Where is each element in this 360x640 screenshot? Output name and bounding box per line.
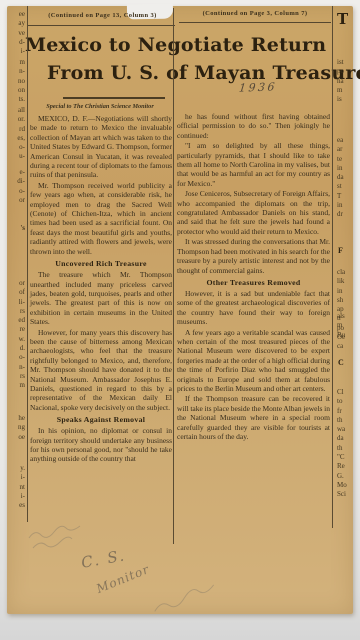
edge-fragment-block: or of li- rs ed re w. d. o- n- rs m	[9, 279, 25, 391]
edge-fragment-block: als m Ru	[337, 312, 352, 340]
subhead-fragment-f: F	[338, 246, 343, 255]
article-paragraph: In his opinion, no diplomat or consul in…	[30, 426, 172, 464]
edge-fragment-block: m n- no on ts.	[9, 58, 25, 104]
section-subhead: Uncovered Rich Treasure	[30, 259, 172, 268]
column-rule	[173, 8, 174, 544]
headline-rule	[63, 97, 165, 99]
handwritten-year: 1936	[238, 80, 277, 94]
continued-left-label: (Continued on Page 13, Column 3)	[30, 12, 175, 19]
article-column-right: he has found without first having obtain…	[177, 112, 330, 442]
right-headline-fragment: T	[337, 10, 348, 28]
article-paragraph: It was stressed during the conversations…	[177, 237, 330, 275]
edge-fragment-block: ee ay ve d- i-	[9, 10, 25, 56]
edge-fragment-block: Cl to fr th wa da th "C Re G. Mo Sci	[337, 388, 352, 500]
mount-card: (Continued on Page 13, Column 3) (Contin…	[0, 0, 360, 640]
article-paragraph: However, it is a sad but undeniable fact…	[177, 289, 330, 327]
pencil-scrawl	[25, 524, 105, 554]
edge-fragment-block: ea ar te in da st T in dr	[337, 136, 352, 220]
pencil-scrawl	[147, 580, 237, 612]
article-paragraph: If the Thompson treasure can be recovere…	[177, 394, 330, 441]
section-subhead: Other Treasures Removed	[177, 278, 330, 287]
edge-fragment-block: all or. rd es, o- u-	[9, 106, 25, 162]
byline: Special to The Christian Science Monitor	[27, 103, 173, 110]
edge-fragment-block: he ng oe	[9, 414, 25, 442]
subhead-fragment-c: C	[338, 358, 344, 367]
article-paragraph: "I am so delighted by all these things, …	[177, 141, 330, 188]
section-subhead: Speaks Against Removal	[30, 415, 172, 424]
article-paragraph: he has found without first having obtain…	[177, 112, 330, 140]
edge-fragment-block: 's	[9, 224, 25, 233]
article-paragraph: A few years ago a veritable scandal was …	[177, 328, 330, 394]
right-edge-rule	[332, 6, 333, 528]
article-paragraph: MEXICO, D. F.—Negotiations will shortly …	[30, 114, 172, 180]
header-rule-left	[28, 25, 175, 26]
edge-fragment-block: ist po ha m is	[337, 58, 352, 104]
article-paragraph: However, for many years this discovery h…	[30, 328, 172, 413]
headline-line2: From U. S. of Mayan Treasure	[47, 62, 360, 84]
article-paragraph: The treasure which Mr. Thompson unearthe…	[30, 270, 172, 326]
article-column-left: MEXICO, D. F.—Negotiations will shortly …	[30, 114, 172, 465]
article-paragraph: Mr. Thompson received world publicity a …	[30, 181, 172, 256]
headline-line1: Mexico to Negotiate Return	[25, 34, 326, 56]
left-edge-rule	[27, 6, 28, 522]
header-rule-right	[179, 22, 331, 23]
continued-right-label: (Continued on Page 3, Column 7)	[179, 10, 331, 17]
edge-fragment-block: y. i- nt i- es	[9, 464, 25, 510]
article-paragraph: Jose Ceniceros, Subsecretary of Foreign …	[177, 189, 330, 236]
newspaper-clipping: (Continued on Page 13, Column 3) (Contin…	[7, 6, 353, 614]
edge-fragment-block: e- di- o- or	[9, 168, 25, 205]
